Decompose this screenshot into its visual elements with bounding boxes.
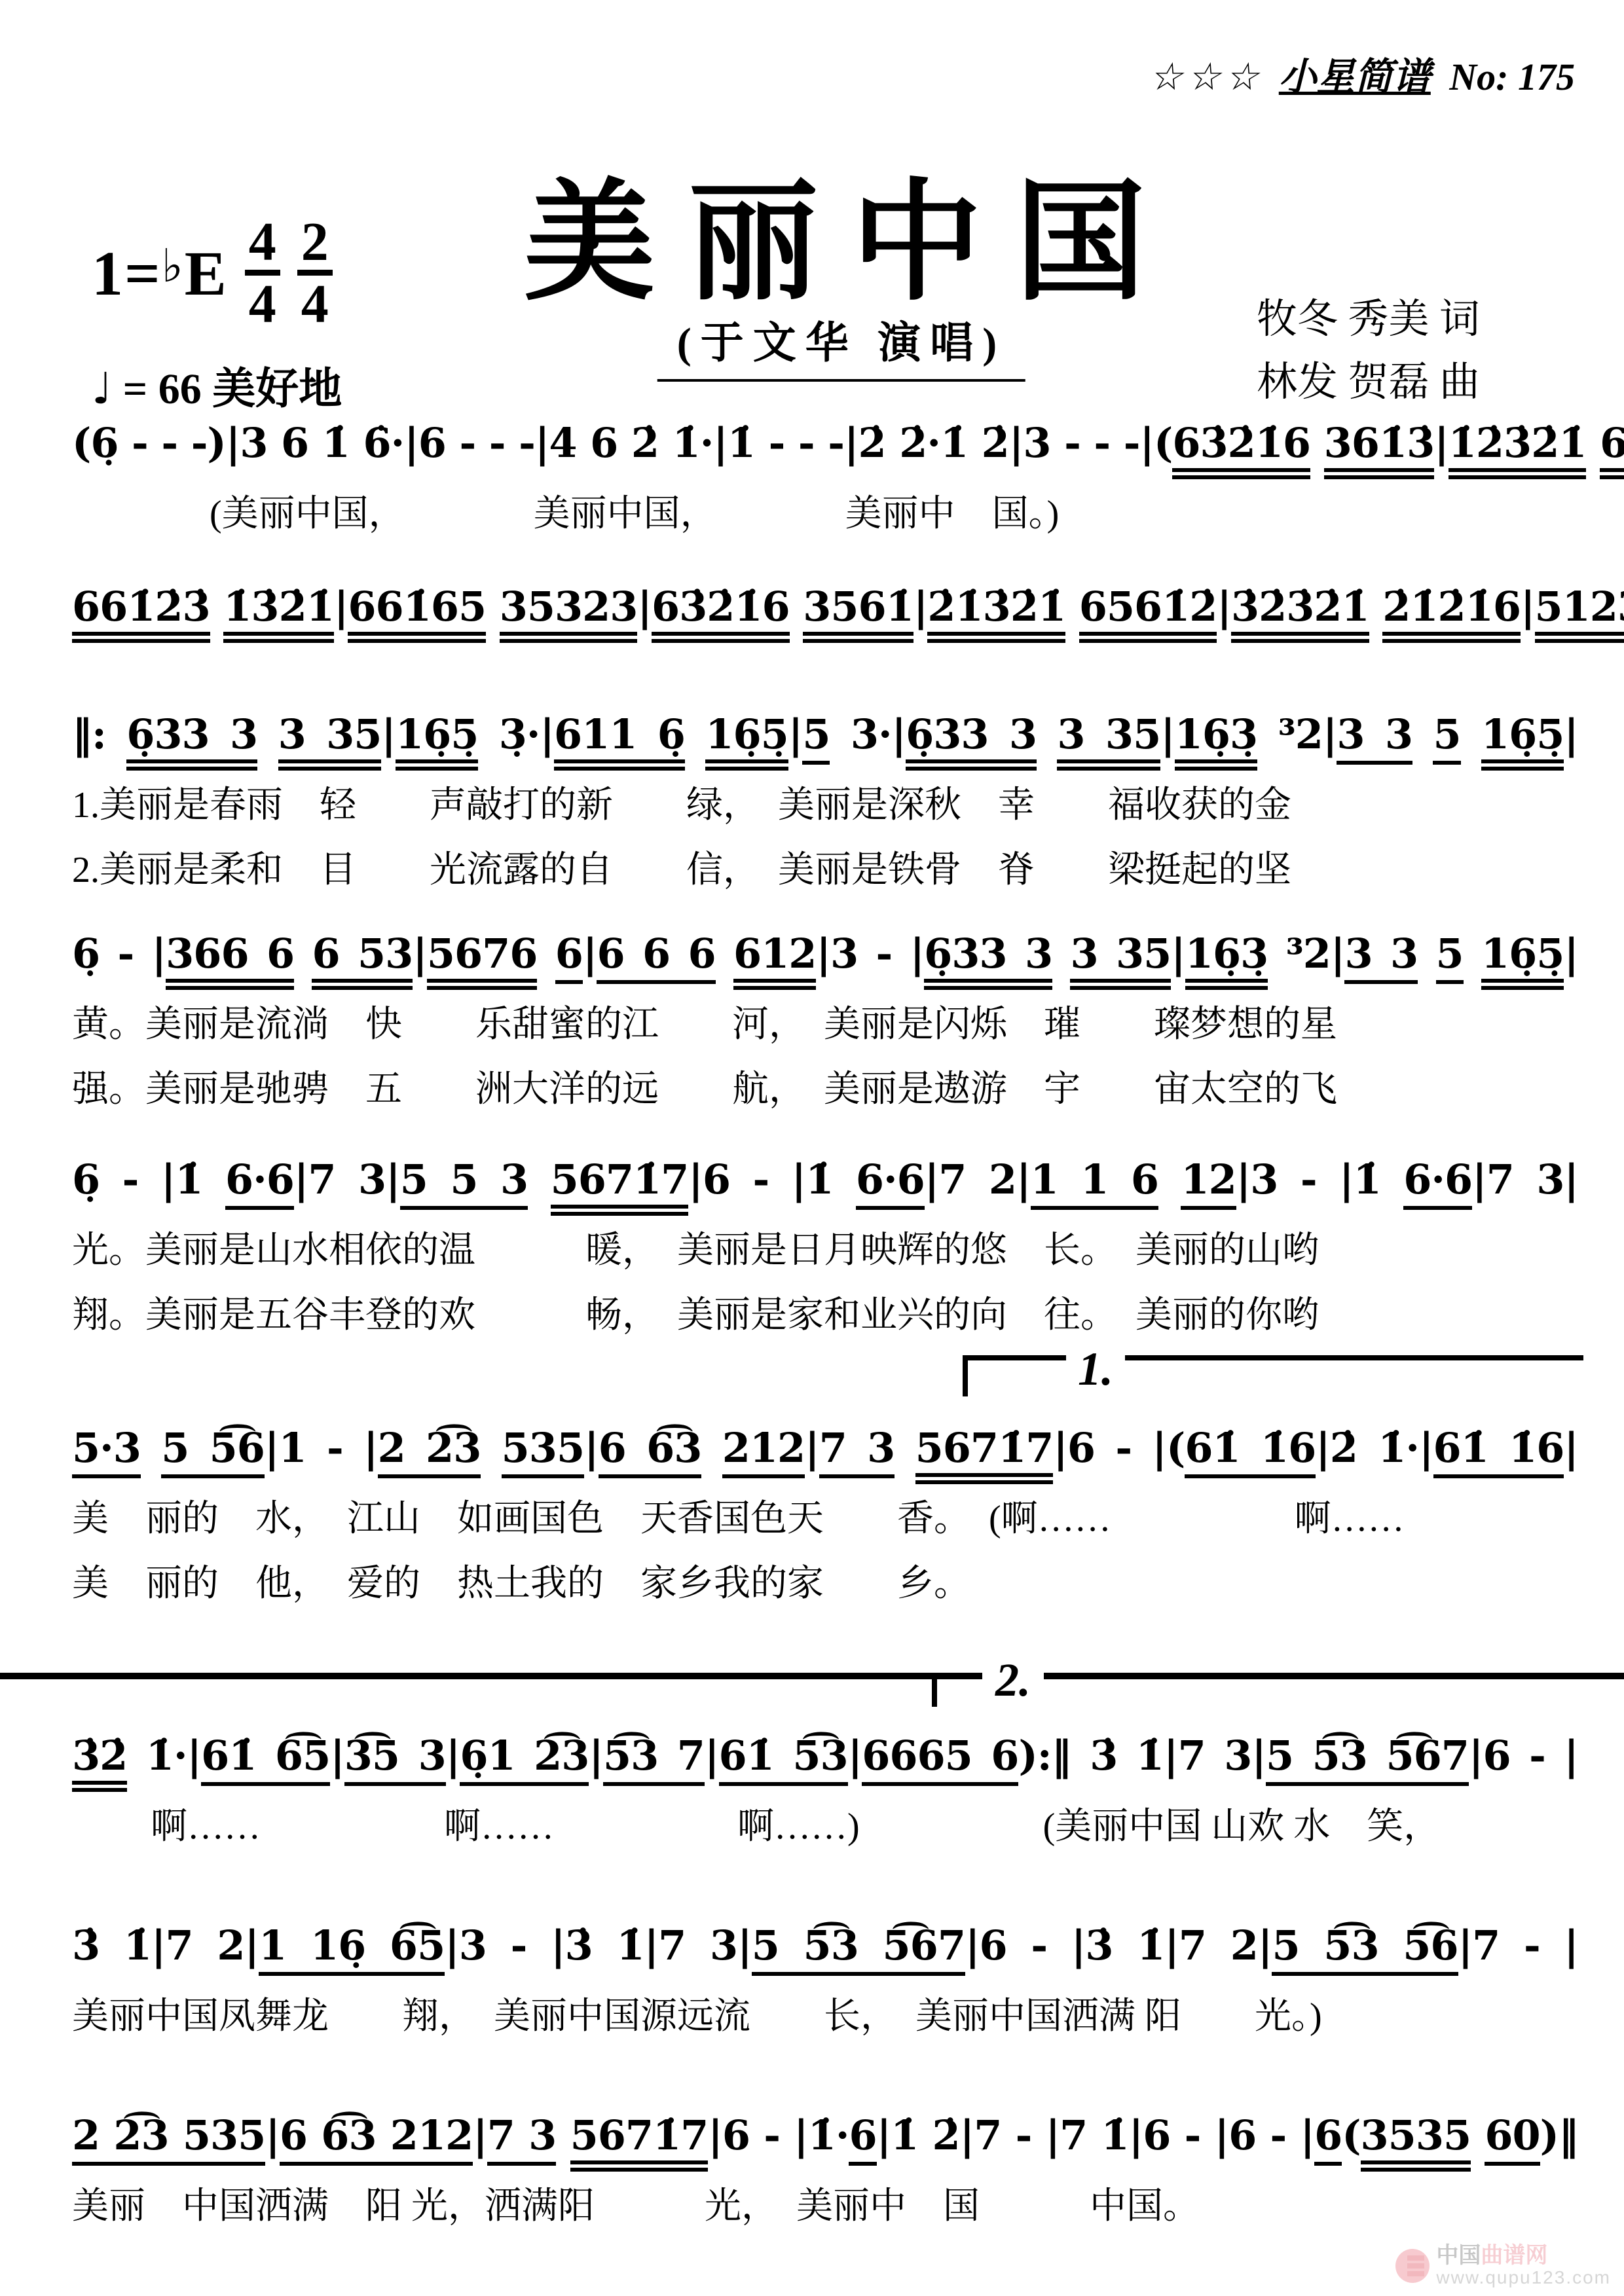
brand-name: 小星简谱 [1279,56,1431,98]
volta-1-label: 1. [1066,1342,1125,1396]
notation-line: (6̣ - - -)|3 6 1̇ 6̇·|6 - - -|4 6 2̇ 1̇·… [72,412,1578,473]
lyric-line-verse1: 光。美丽是山水相依的温 暖， 美丽是日月映辉的悠 长。 美丽的山哟 [72,1227,1578,1275]
tempo-line: ♩ = 66 美好地 [92,354,342,416]
music-system: ‖: 6̣33 3 3 35|16̣5̣ 3̣·|611 6̣ 16̣5̣|5 … [72,704,1578,894]
notation-line: 3̇ 1̇|7 2|1 16̣ 6͡5|3 - |3̇ 1̇|7 3|5 5͡3… [72,1915,1578,1976]
lyric-line-verse1: 美 丽的 水， 江山 如画国色 天香国色天 香。 (啊…… 啊…… [72,1495,1578,1543]
volta-bracket-2-line [0,1673,1624,1679]
notation-line: 6̣ - |366 6 6 53|5676 6|6 6 6 612|3 - |6… [72,923,1578,984]
notation-line: 661̇2̇3̇ 1̇3̇2̇1̇|661̇65 35323|63̇2̇1̇6 … [72,576,1578,637]
volta-2-label: 2. [982,1653,1044,1707]
notation-line: ‖: 6̣33 3 3 35|16̣5̣ 3̣·|611 6̣ 16̣5̣|5 … [72,704,1578,765]
time-signature-2: 2 4 [297,216,333,331]
music-system: (6̣ - - -)|3 6 1̇ 6̇·|6 - - -|4 6 2̇ 1̇·… [72,412,1578,538]
song-title: 美丽中国 [524,137,1179,325]
tempo-text: 美好地 [212,365,342,413]
lyric-line-verse2: 强。美丽是驰骋 五 洲大洋的远 航， 美丽是遨游 宇 宙太空的飞 [72,1066,1578,1114]
key-signature: 1=♭E [92,237,228,310]
flat-icon: ♭ [162,239,185,293]
lyric-line-verse2: 翔。美丽是五谷丰登的欢 畅， 美丽是家和业兴的向 往。 美丽的你哟 [72,1292,1578,1339]
lyric-line-verse2: 美 丽的 他， 爱的 热土我的 家乡我的家 乡。 [72,1560,1578,1608]
header-brand-line: ☆☆☆ 小星简谱 No: 175 [1149,46,1575,101]
watermark: 中国曲谱网 www.qupu123.com [1395,2244,1611,2288]
music-system: 3̇ 1̇|7 2|1 16̣ 6͡5|3 - |3̇ 1̇|7 3|5 5͡3… [72,1915,1578,2041]
watermark-url: www.qupu123.com [1436,2268,1611,2288]
lyric-line-verse1: 黄。美丽是流淌 快 乐甜蜜的江 河， 美丽是闪烁 璀 璨梦想的星 [72,1001,1578,1049]
lyric-line: 啊…… 啊…… 啊……) (美丽中国 山欢 水 笑， [151,1803,1578,1851]
music-system: 2 2͡3 535|6 6͡3 212|7 3 5671̇7|6 - |1̇·6… [72,2105,1578,2231]
lyric-line: (美丽中国， 美丽中国， 美丽中 国。) [210,490,1578,538]
volta-bracket-2-tick [932,1673,937,1707]
volta-bracket-1: 1. [963,1355,1583,1396]
music-system: 1. 5·3 5 5͡6|1 - |2 2͡3 535|6 6͡3 212|7 … [72,1417,1578,1608]
lyricist-credit: 牧冬 秀美 词 [1257,288,1480,351]
lyric-line: 美丽中国凤舞龙 翔， 美丽中国源远流 长， 美丽中国洒满 阳 光。) [72,1993,1578,2041]
notation-line: 5·3 5 5͡6|1 - |2 2͡3 535|6 6͡3 212|7 3 5… [72,1417,1578,1478]
performer-subtitle: (于文华 演唱) [657,308,1025,382]
tempo-value: = 66 [123,365,202,413]
notation-line: 2 2͡3 535|6 6͡3 212|7 3 5671̇7|6 - |1̇·6… [72,2105,1578,2166]
lyric-line-verse2: 2.美丽是柔和 目 光流露的自 信， 美丽是铁骨 脊 梁挺起的坚 [72,847,1578,894]
watermark-site-name: 中国曲谱网 [1436,2244,1611,2268]
sheet-music-page: ☆☆☆ 小星简谱 No: 175 1=♭E 4 4 2 4 ♩ = 66 美好地… [0,0,1624,2296]
music-system: 2. 3̇2̇ 1̇·|61̇ 6͡5|3͡5 3|6̣1 2͡3|5͡3 7|… [72,1673,1578,1851]
composer-credit: 林发 贺磊 曲 [1257,351,1480,414]
notation-line: 3̇2̇ 1̇·|61̇ 6͡5|3͡5 3|6̣1 2͡3|5͡3 7|61̇… [72,1725,1578,1786]
stars-icon: ☆☆☆ [1149,56,1263,98]
music-system: 661̇2̇3̇ 1̇3̇2̇1̇|661̇65 35323|63̇2̇1̇6 … [72,576,1578,637]
music-system: 6̣ - |1̇ 6·6|7 3|5 5 3 5671̇7|6 - |1̇ 6·… [72,1149,1578,1339]
quarter-note-icon: ♩ [92,363,112,414]
time-signature-1: 4 4 [245,216,280,331]
qupu-logo-icon [1395,2249,1430,2283]
sheet-number: No: 175 [1449,56,1575,98]
lyric-line: 美丽 中国洒满 阳 光，洒满阳 光， 美丽中 国 中国。 [72,2183,1578,2231]
key-signature-block: 1=♭E 4 4 2 4 [92,216,333,331]
notation-line: 6̣ - |1̇ 6·6|7 3|5 5 3 5671̇7|6 - |1̇ 6·… [72,1149,1578,1210]
music-system: 6̣ - |366 6 6 53|5676 6|6 6 6 612|3 - |6… [72,923,1578,1114]
credits-block: 牧冬 秀美 词 林发 贺磊 曲 [1257,288,1480,414]
lyric-line-verse1: 1.美丽是春雨 轻 声敲打的新 绿， 美丽是深秋 幸 福收获的金 [72,782,1578,829]
